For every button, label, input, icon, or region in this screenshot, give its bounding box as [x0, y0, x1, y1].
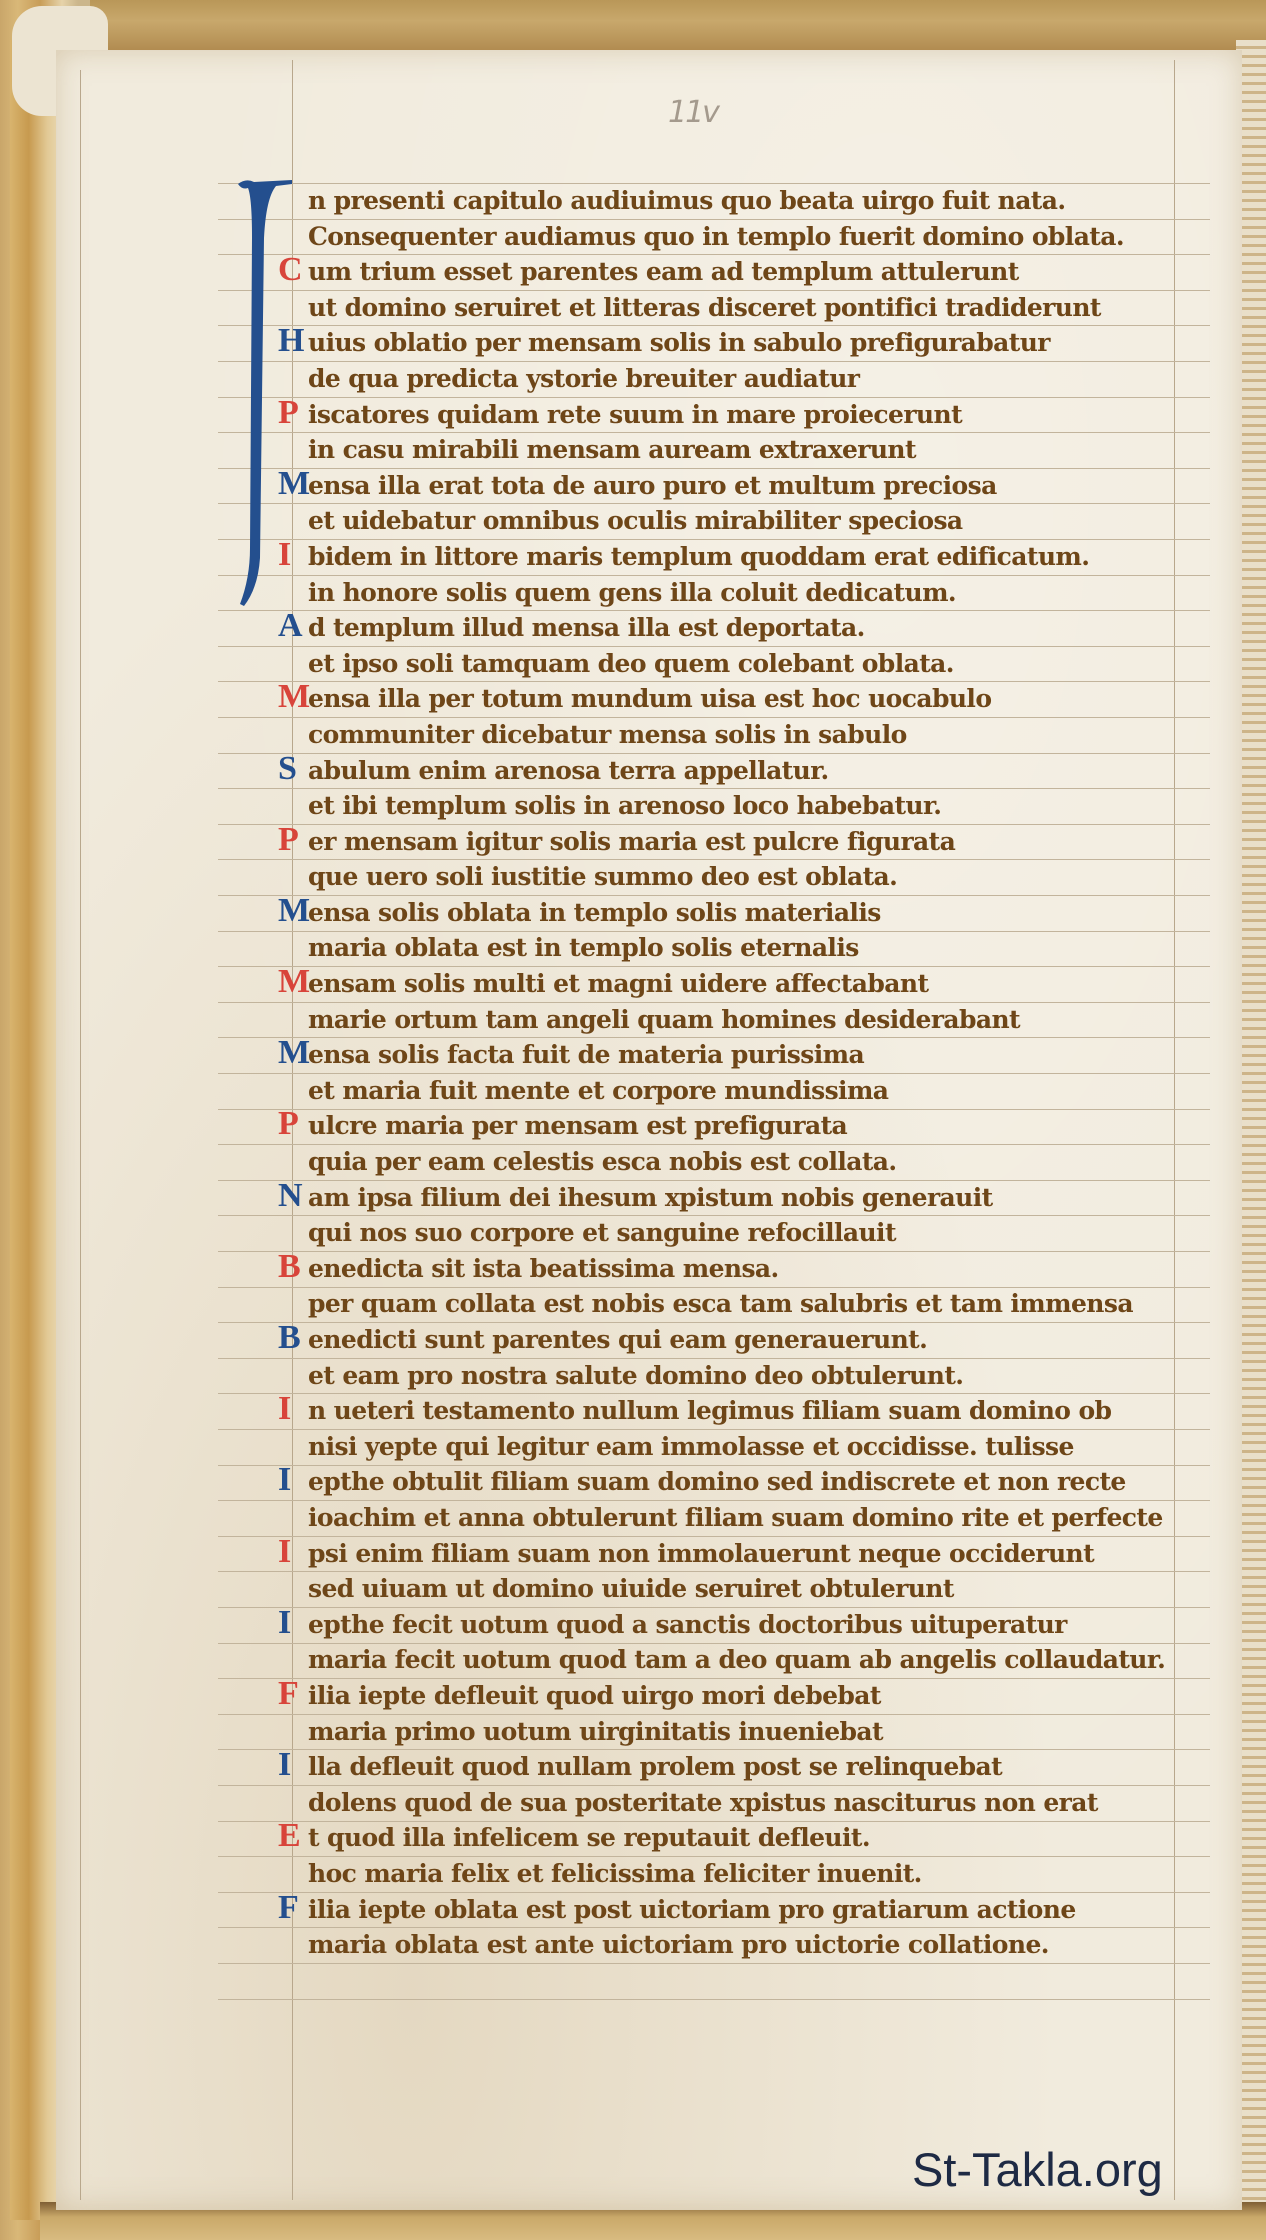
rubric-initial-blue: A — [278, 608, 302, 644]
line-text: psi enim filiam suam non immolauerunt ne… — [300, 1539, 1094, 1568]
line-text: ut domino seruiret et litteras disceret … — [300, 293, 1101, 322]
rubric-initial-red: M — [278, 679, 310, 715]
line-text: et ibi templum solis in arenoso loco hab… — [300, 791, 941, 820]
manuscript-line: maria oblata est in templo solis eternal… — [300, 930, 1180, 966]
line-text: iscatores quidam rete suum in mare proie… — [300, 400, 962, 429]
manuscript-line: Benedicti sunt parentes qui eam generaue… — [300, 1322, 1180, 1358]
manuscript-line: ioachim et anna obtulerunt filiam suam d… — [300, 1500, 1180, 1536]
line-text: ulcre maria per mensam est prefigurata — [300, 1111, 847, 1140]
line-text: de qua predicta ystorie breuiter audiatu… — [300, 364, 859, 393]
manuscript-line: Mensam solis multi et magni uidere affec… — [300, 966, 1180, 1002]
rubric-initial-red: P — [278, 1106, 298, 1142]
line-text: per quam collata est nobis esca tam salu… — [300, 1289, 1133, 1318]
line-text: er mensam igitur solis maria est pulcre … — [300, 827, 955, 856]
manuscript-line: ut domino seruiret et litteras disceret … — [300, 290, 1180, 326]
line-text: ensa illa erat tota de auro puro et mult… — [300, 471, 997, 500]
line-text: epthe fecit uotum quod a sanctis doctori… — [300, 1610, 1067, 1639]
rubric-initial-red: M — [278, 964, 310, 1000]
line-text: et eam pro nostra salute domino deo obtu… — [300, 1361, 963, 1390]
line-text: hoc maria felix et felicissima feliciter… — [300, 1859, 922, 1888]
manuscript-line: Ad templum illud mensa illa est deportat… — [300, 610, 1180, 646]
rubric-initial-red: I — [278, 537, 291, 573]
manuscript-line: in casu mirabili mensam auream extraxeru… — [300, 432, 1180, 468]
manuscript-line: Mensa illa erat tota de auro puro et mul… — [300, 468, 1180, 504]
manuscript-line: dolens quod de sua posteritate xpistus n… — [300, 1785, 1180, 1821]
rubric-initial-blue: I — [278, 1462, 291, 1498]
line-text: maria fecit uotum quod tam a deo quam ab… — [300, 1645, 1165, 1674]
line-text: ensa solis facta fuit de materia purissi… — [300, 1040, 864, 1069]
manuscript-line: maria oblata est ante uictoriam pro uict… — [300, 1927, 1180, 1963]
manuscript-text: n presenti capitulo audiuimus quo beata … — [300, 183, 1180, 1963]
line-text: abulum enim arenosa terra appellatur. — [300, 756, 829, 785]
rubric-initial-blue: M — [278, 893, 310, 929]
manuscript-line: de qua predicta ystorie breuiter audiatu… — [300, 361, 1180, 397]
manuscript-line: Et quod illa infelicem se reputauit defl… — [300, 1820, 1180, 1856]
line-text: ensa solis oblata in templo solis materi… — [300, 898, 881, 927]
manuscript-line: et ibi templum solis in arenoso loco hab… — [300, 788, 1180, 824]
line-text: ilia iepte defleuit quod uirgo mori debe… — [300, 1681, 881, 1710]
rubric-initial-red: I — [278, 1534, 291, 1570]
manuscript-line: Consequenter audiamus quo in templo fuer… — [300, 219, 1180, 255]
line-text: Consequenter audiamus quo in templo fuer… — [300, 222, 1124, 251]
ruling-line — [218, 1999, 1210, 2000]
rubric-initial-blue: F — [278, 1890, 298, 1926]
line-text: d templum illud mensa illa est deportata… — [300, 613, 865, 642]
binding-top-edge — [90, 0, 1266, 52]
line-text: um trium esset parentes eam ad templum a… — [300, 257, 1019, 286]
folio-number: 11v — [668, 95, 718, 130]
manuscript-line: Nam ipsa filium dei ihesum xpistum nobis… — [300, 1180, 1180, 1216]
line-text: communiter dicebatur mensa solis in sabu… — [300, 720, 907, 749]
manuscript-line: et uidebatur omnibus oculis mirabiliter … — [300, 503, 1180, 539]
manuscript-line: et ipso soli tamquam deo quem colebant o… — [300, 646, 1180, 682]
manuscript-line: sed uiuam ut domino uiuide seruiret obtu… — [300, 1571, 1180, 1607]
line-text: que uero soli iustitie summo deo est obl… — [300, 862, 897, 891]
line-text: nisi yepte qui legitur eam immolasse et … — [300, 1432, 1074, 1461]
rubric-initial-blue: S — [278, 751, 296, 787]
line-text: lla defleuit quod nullam prolem post se … — [300, 1752, 1002, 1781]
line-text: epthe obtulit filiam suam domino sed ind… — [300, 1467, 1126, 1496]
manuscript-line: per quam collata est nobis esca tam salu… — [300, 1286, 1180, 1322]
rubric-initial-red: C — [278, 252, 302, 288]
line-text: n ueteri testamento nullum legimus filia… — [300, 1396, 1111, 1425]
line-text: am ipsa filium dei ihesum xpistum nobis … — [300, 1183, 993, 1212]
line-text: qui nos suo corpore et sanguine refocill… — [300, 1218, 896, 1247]
manuscript-line: Pulcre maria per mensam est prefigurata — [300, 1108, 1180, 1144]
manuscript-line: Cum trium esset parentes eam ad templum … — [300, 254, 1180, 290]
line-text: enedicta sit ista beatissima mensa. — [300, 1254, 779, 1283]
manuscript-line: Ibidem in littore maris templum quoddam … — [300, 539, 1180, 575]
line-text: sed uiuam ut domino uiuide seruiret obtu… — [300, 1574, 954, 1603]
rubric-initial-blue: I — [278, 1605, 291, 1641]
manuscript-line: Filia iepte defleuit quod uirgo mori deb… — [300, 1678, 1180, 1714]
manuscript-line: Benedicta sit ista beatissima mensa. — [300, 1251, 1180, 1287]
manuscript-line: Ipsi enim filiam suam non immolauerunt n… — [300, 1536, 1180, 1572]
manuscript-line: Mensa solis facta fuit de materia puriss… — [300, 1037, 1180, 1073]
manuscript-line: nisi yepte qui legitur eam immolasse et … — [300, 1429, 1180, 1465]
manuscript-line: Mensa solis oblata in templo solis mater… — [300, 895, 1180, 931]
rubric-initial-blue: H — [278, 323, 304, 359]
manuscript-line: quia per eam celestis esca nobis est col… — [300, 1144, 1180, 1180]
rubric-initial-red: P — [278, 822, 298, 858]
rubric-initial-blue: I — [278, 1747, 291, 1783]
manuscript-line: Piscatores quidam rete suum in mare proi… — [300, 397, 1180, 433]
line-text: ensa illa per totum mundum uisa est hoc … — [300, 684, 991, 713]
line-text: enedicti sunt parentes qui eam generauer… — [300, 1325, 927, 1354]
manuscript-line: n presenti capitulo audiuimus quo beata … — [300, 183, 1180, 219]
rubric-initial-red: F — [278, 1676, 298, 1712]
manuscript-line: et eam pro nostra salute domino deo obtu… — [300, 1358, 1180, 1394]
ruling-outer-left — [80, 70, 81, 2200]
line-text: bidem in littore maris templum quoddam e… — [300, 542, 1089, 571]
manuscript-line: Iepthe obtulit filiam suam domino sed in… — [300, 1464, 1180, 1500]
line-text: maria oblata est ante uictoriam pro uict… — [300, 1930, 1049, 1959]
manuscript-line: Per mensam igitur solis maria est pulcre… — [300, 824, 1180, 860]
watermark: St-Takla.org — [912, 2142, 1163, 2197]
line-text: marie ortum tam angeli quam homines desi… — [300, 1005, 1020, 1034]
line-text: uius oblatio per mensam solis in sabulo … — [300, 328, 1050, 357]
manuscript-line: communiter dicebatur mensa solis in sabu… — [300, 717, 1180, 753]
line-text: et ipso soli tamquam deo quem colebant o… — [300, 649, 954, 678]
manuscript-line: In ueteri testamento nullum legimus fili… — [300, 1393, 1180, 1429]
rubric-initial-red: I — [278, 1391, 291, 1427]
manuscript-line: marie ortum tam angeli quam homines desi… — [300, 1002, 1180, 1038]
rubric-initial-red: E — [278, 1818, 300, 1854]
manuscript-line: hoc maria felix et felicissima feliciter… — [300, 1856, 1180, 1892]
line-text: t quod illa infelicem se reputauit defle… — [300, 1823, 870, 1852]
line-text: ilia iepte oblata est post uictoriam pro… — [300, 1895, 1076, 1924]
manuscript-line: in honore solis quem gens illa coluit de… — [300, 575, 1180, 611]
manuscript-line: Huius oblatio per mensam solis in sabulo… — [300, 325, 1180, 361]
rubric-initial-blue: B — [278, 1320, 300, 1356]
line-text: maria primo uotum uirginitatis inuenieba… — [300, 1717, 883, 1746]
manuscript-line: que uero soli iustitie summo deo est obl… — [300, 859, 1180, 895]
manuscript-line: maria fecit uotum quod tam a deo quam ab… — [300, 1642, 1180, 1678]
manuscript-line: Iepthe fecit uotum quod a sanctis doctor… — [300, 1607, 1180, 1643]
ruling-line — [218, 1963, 1210, 1964]
line-text: n presenti capitulo audiuimus quo beata … — [300, 186, 1065, 215]
manuscript-line: et maria fuit mente et corpore mundissim… — [300, 1073, 1180, 1109]
line-text: in casu mirabili mensam auream extraxeru… — [300, 435, 916, 464]
manuscript-line: Illa defleuit quod nullam prolem post se… — [300, 1749, 1180, 1785]
manuscript-line: maria primo uotum uirginitatis inuenieba… — [300, 1714, 1180, 1750]
manuscript-line: Filia iepte oblata est post uictoriam pr… — [300, 1892, 1180, 1928]
line-text: maria oblata est in templo solis eternal… — [300, 933, 859, 962]
rubric-initial-blue: M — [278, 1035, 310, 1071]
rubric-initial-red: B — [278, 1249, 300, 1285]
line-text: et uidebatur omnibus oculis mirabiliter … — [300, 506, 963, 535]
manuscript-line: Sabulum enim arenosa terra appellatur. — [300, 753, 1180, 789]
rubric-initial-blue: N — [278, 1178, 302, 1214]
line-text: quia per eam celestis esca nobis est col… — [300, 1147, 897, 1176]
manuscript-line: qui nos suo corpore et sanguine refocill… — [300, 1215, 1180, 1251]
line-text: ioachim et anna obtulerunt filiam suam d… — [300, 1503, 1163, 1532]
line-text: dolens quod de sua posteritate xpistus n… — [300, 1788, 1098, 1817]
manuscript-line: Mensa illa per totum mundum uisa est hoc… — [300, 681, 1180, 717]
line-text: ensam solis multi et magni uidere affect… — [300, 969, 928, 998]
line-text: et maria fuit mente et corpore mundissim… — [300, 1076, 888, 1105]
rubric-initial-blue: M — [278, 466, 310, 502]
rubric-initial-red: P — [278, 395, 298, 431]
line-text: in honore solis quem gens illa coluit de… — [300, 578, 956, 607]
